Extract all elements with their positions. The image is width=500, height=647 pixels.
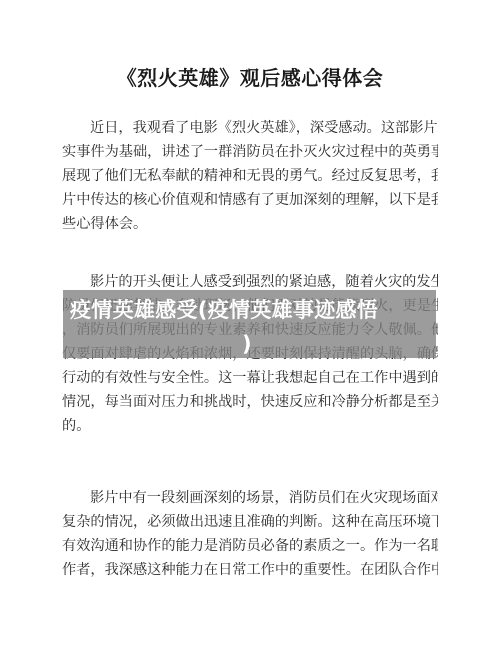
paragraph-line: 行动的有效性与安全性。这一幕让我想起自己在工作中遇到的紧急 [62,366,438,390]
document-page: 《烈火英雄》观后感心得体会 近日，我观看了电影《烈火英雄》，深受感动。这部影片以… [0,0,500,647]
paragraph-line: 展现了他们无私奉献的精神和无畏的勇气。经过反复思考，我对影 [62,164,438,188]
paragraph-line: 些心得体会。 [62,212,438,236]
paragraph-line: 影片中有一段刻画深刻的场景，消防员们在火灾现场面对各种 [62,486,438,510]
paragraph-1: 近日，我观看了电影《烈火英雄》，深受感动。这部影片以真 实事件为基础，讲述了一群… [62,116,438,236]
paragraph-line: 有效沟通和协作的能力是消防员必备的素质之一。作为一名职场工 [62,534,438,558]
overlay-title-line-2: ) [70,327,440,361]
overlay-title-line-1: 疫情英雄感受(疫情英雄事迹感悟 [70,298,378,322]
paragraph-line: 作者，我深感这种能力在日常工作中的重要性。在团队合作中，尤 [62,558,438,582]
paragraph-line: 复杂的情况，必须做出迅速且准确的判断。这种在高压环境下进行 [62,510,438,534]
paragraph-line: 片中传达的核心价值观和情感有了更加深刻的理解，以下是我的一 [62,188,438,212]
paragraph-line: 近日，我观看了电影《烈火英雄》，深受感动。这部影片以真 [62,116,438,140]
paragraph-line: 实事件为基础，讲述了一群消防员在扑灭火灾过程中的英勇事迹， [62,140,438,164]
document-title: 《烈火英雄》观后感心得体会 [0,62,500,91]
paragraph-3: 影片中有一段刻画深刻的场景，消防员们在火灾现场面对各种 复杂的情况，必须做出迅速… [62,486,438,582]
paragraph-line: 情况，每当面对压力和挑战时，快速反应和冷静分析都是至关重要 [62,390,438,414]
overlay-title: 疫情英雄感受(疫情英雄事迹感悟 ) [70,293,440,361]
paragraph-line: 的。 [62,414,438,438]
